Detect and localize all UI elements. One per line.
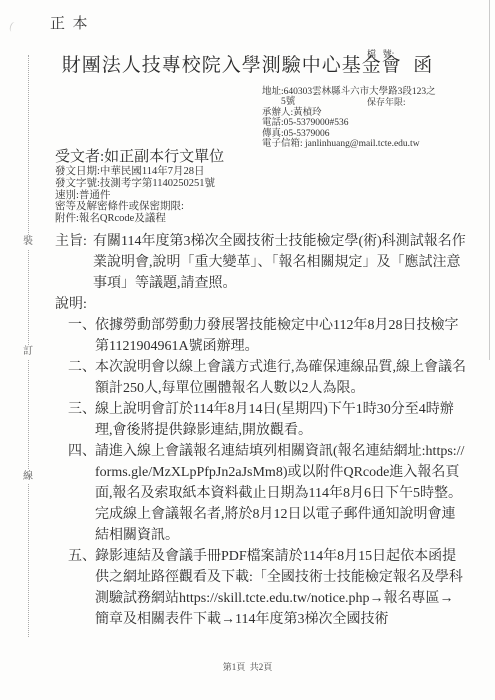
list-item: 四、請進入線上會議報名連結填列相關資訊(報名連結網址:https://forms…: [55, 441, 467, 546]
document-title: 財團法人技專校院入學測驗中心基金會 函: [0, 50, 495, 77]
item-number: 二、: [68, 357, 96, 378]
binding-mark-zhuang: 裝: [23, 235, 33, 249]
address-line1: 地址:640303雲林縣斗六市大學路3段123之: [262, 87, 490, 97]
item-number: 一、: [68, 315, 96, 336]
item-number: 五、: [68, 546, 96, 567]
item-text: 本次說明會以線上會議方式進行,為確保連線品質,線上會議名額計250人,每單位團體…: [95, 360, 466, 396]
list-item: 二、本次說明會以線上會議方式進行,為確保連線品質,線上會議名額計250人,每單位…: [55, 357, 467, 399]
list-item: 三、線上說明會訂於114年8月14日(星期四)下午1時30分至4時辦理,會後將提…: [55, 399, 467, 441]
subject-label: 主旨:: [55, 231, 87, 252]
item-text: 錄影連結及會議手冊PDF檔案請於114年8月15日起依本函提供之網址路徑觀看及下…: [95, 549, 463, 627]
item-text: 線上說明會訂於114年8月14日(星期四)下午1時30分至4時辦理,會後將提供錄…: [95, 402, 454, 438]
document-body: 主旨:有關114年度第3梯次全國技術士技能檢定學(術)科測試報名作業說明會,說明…: [55, 231, 467, 630]
phone: 電話:05-5379000#536: [262, 118, 490, 128]
subject-paragraph: 主旨:有關114年度第3梯次全國技術士技能檢定學(術)科測試報名作業說明會,說明…: [55, 231, 467, 294]
item-number: 三、: [68, 399, 96, 420]
list-item: 一、依據勞動部勞動力發展署技能檢定中心112年8月28日技檢字第11219049…: [55, 315, 467, 357]
binding-mark-xian: 線: [23, 470, 33, 484]
meta-block: 發文日期:中華民國114年7月28日 發文字號:技測考字第1140250251號…: [55, 166, 215, 225]
copy-mark: 正 本: [50, 12, 88, 33]
priority: 速別:普通件: [55, 190, 215, 202]
security-level: 密等及解密條件或保密期限:: [55, 201, 215, 213]
scan-artifact: [9, 21, 18, 32]
contact-block: 地址:640303雲林縣斗六市大學路3段123之 5號 承辦人:黃楨玲 電話:0…: [262, 87, 490, 149]
contact-person: 承辦人:黃楨玲: [262, 108, 490, 118]
binding-line: 裝 訂 線: [28, 55, 29, 637]
fax: 傳真:05-5379006: [262, 129, 490, 139]
binding-mark-ding: 訂: [23, 345, 33, 359]
explanation-label: 說明:: [55, 294, 467, 315]
doc-number: 發文字號:技測考字第1140250251號: [55, 178, 215, 190]
item-text: 請進入線上會議報名連結填列相關資訊(報名連結網址:https://forms.g…: [95, 444, 464, 543]
item-number: 四、: [68, 441, 96, 462]
attachment: 附件:報名QRcode及議程: [55, 213, 215, 225]
item-text: 依據勞動部勞動力發展署技能檢定中心112年8月28日技檢字第1121904961…: [95, 318, 458, 354]
issue-date: 發文日期:中華民國114年7月28日: [55, 166, 215, 178]
email: 電子信箱: janlinhuang@mail.tcte.edu.tw: [262, 139, 490, 149]
document-page: 正 本 檔 號: 保存年限: 財團法人技專校院入學測驗中心基金會 函 地址:64…: [0, 0, 495, 700]
recipient-line: 受文者:如正副本行文單位: [55, 145, 224, 166]
subject-text: 有關114年度第3梯次全國技術士技能檢定學(術)科測試報名作業說明會,說明「重大…: [93, 234, 466, 291]
address-line2: 5號: [262, 97, 490, 107]
page-number: 第1頁 共2頁: [0, 660, 495, 673]
list-item: 五、錄影連結及會議手冊PDF檔案請於114年8月15日起依本函提供之網址路徑觀看…: [55, 546, 467, 630]
